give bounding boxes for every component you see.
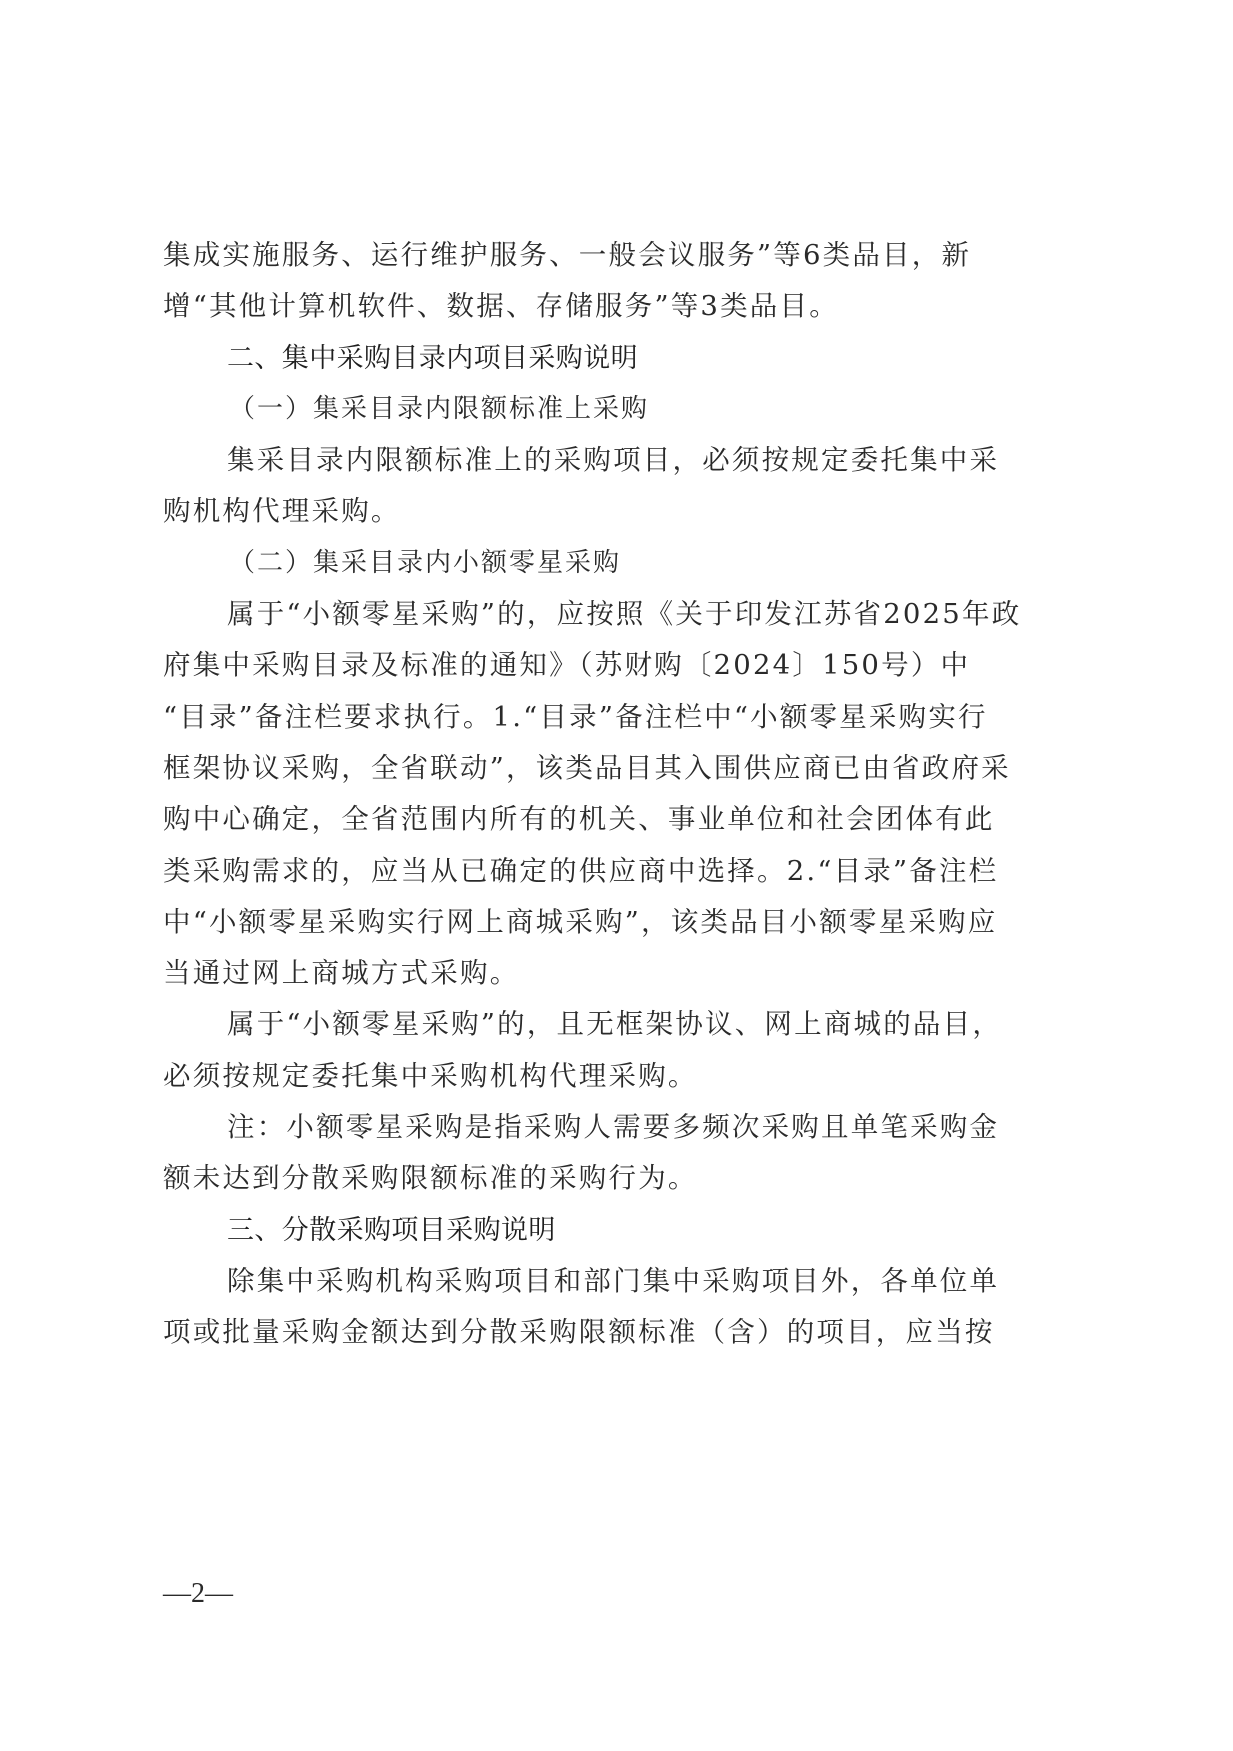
paragraph-line: 购中心确定，全省范围内所有的机关、事业单位和社会团体有此 <box>163 794 1091 845</box>
page-number: —2— <box>163 1578 233 1610</box>
paragraph-line: 集成实施服务、运行维护服务、一般会议服务”等6类品目，新 <box>163 230 1091 281</box>
paragraph-line: 府集中采购目录及标准的通知》（苏财购〔2024〕150号）中 <box>163 640 1091 691</box>
paragraph-line: 属于“小额零星采购”的，且无框架协议、网上商城的品目， <box>163 999 1091 1050</box>
paragraph-line: 除集中采购机构采购项目和部门集中采购项目外，各单位单 <box>163 1256 1091 1307</box>
paragraph-line: 当通过网上商城方式采购。 <box>163 948 1091 999</box>
paragraph-line: “目录”备注栏要求执行。1.“目录”备注栏中“小额零星采购实行 <box>163 692 1091 743</box>
paragraph-line: 项或批量采购金额达到分散采购限额标准（含）的项目，应当按 <box>163 1307 1091 1358</box>
paragraph-line: 属于“小额零星采购”的，应按照《关于印发江苏省2025年政 <box>163 589 1091 640</box>
note-line: 额未达到分散采购限额标准的采购行为。 <box>163 1153 1091 1204</box>
section-heading-2: 二、集中采购目录内项目采购说明 <box>163 333 1091 384</box>
subsection-heading-2-1: （一）集采目录内限额标准上采购 <box>163 384 1091 435</box>
note-line: 注：小额零星采购是指采购人需要多频次采购且单笔采购金 <box>163 1102 1091 1153</box>
subsection-heading-2-2: （二）集采目录内小额零星采购 <box>163 538 1091 589</box>
paragraph-line: 框架协议采购，全省联动”，该类品目其入围供应商已由省政府采 <box>163 743 1091 794</box>
paragraph-line: 购机构代理采购。 <box>163 486 1091 537</box>
paragraph-line: 中“小额零星采购实行网上商城采购”，该类品目小额零星采购应 <box>163 897 1091 948</box>
document-body: 集成实施服务、运行维护服务、一般会议服务”等6类品目，新 增“其他计算机软件、数… <box>163 230 1091 1359</box>
paragraph-line: 必须按规定委托集中采购机构代理采购。 <box>163 1051 1091 1102</box>
paragraph-line: 集采目录内限额标准上的采购项目，必须按规定委托集中采 <box>163 435 1091 486</box>
document-page: 集成实施服务、运行维护服务、一般会议服务”等6类品目，新 增“其他计算机软件、数… <box>0 0 1233 1751</box>
paragraph-line: 增“其他计算机软件、数据、存储服务”等3类品目。 <box>163 281 1091 332</box>
section-heading-3: 三、分散采购项目采购说明 <box>163 1205 1091 1256</box>
paragraph-line: 类采购需求的，应当从已确定的供应商中选择。2.“目录”备注栏 <box>163 846 1091 897</box>
